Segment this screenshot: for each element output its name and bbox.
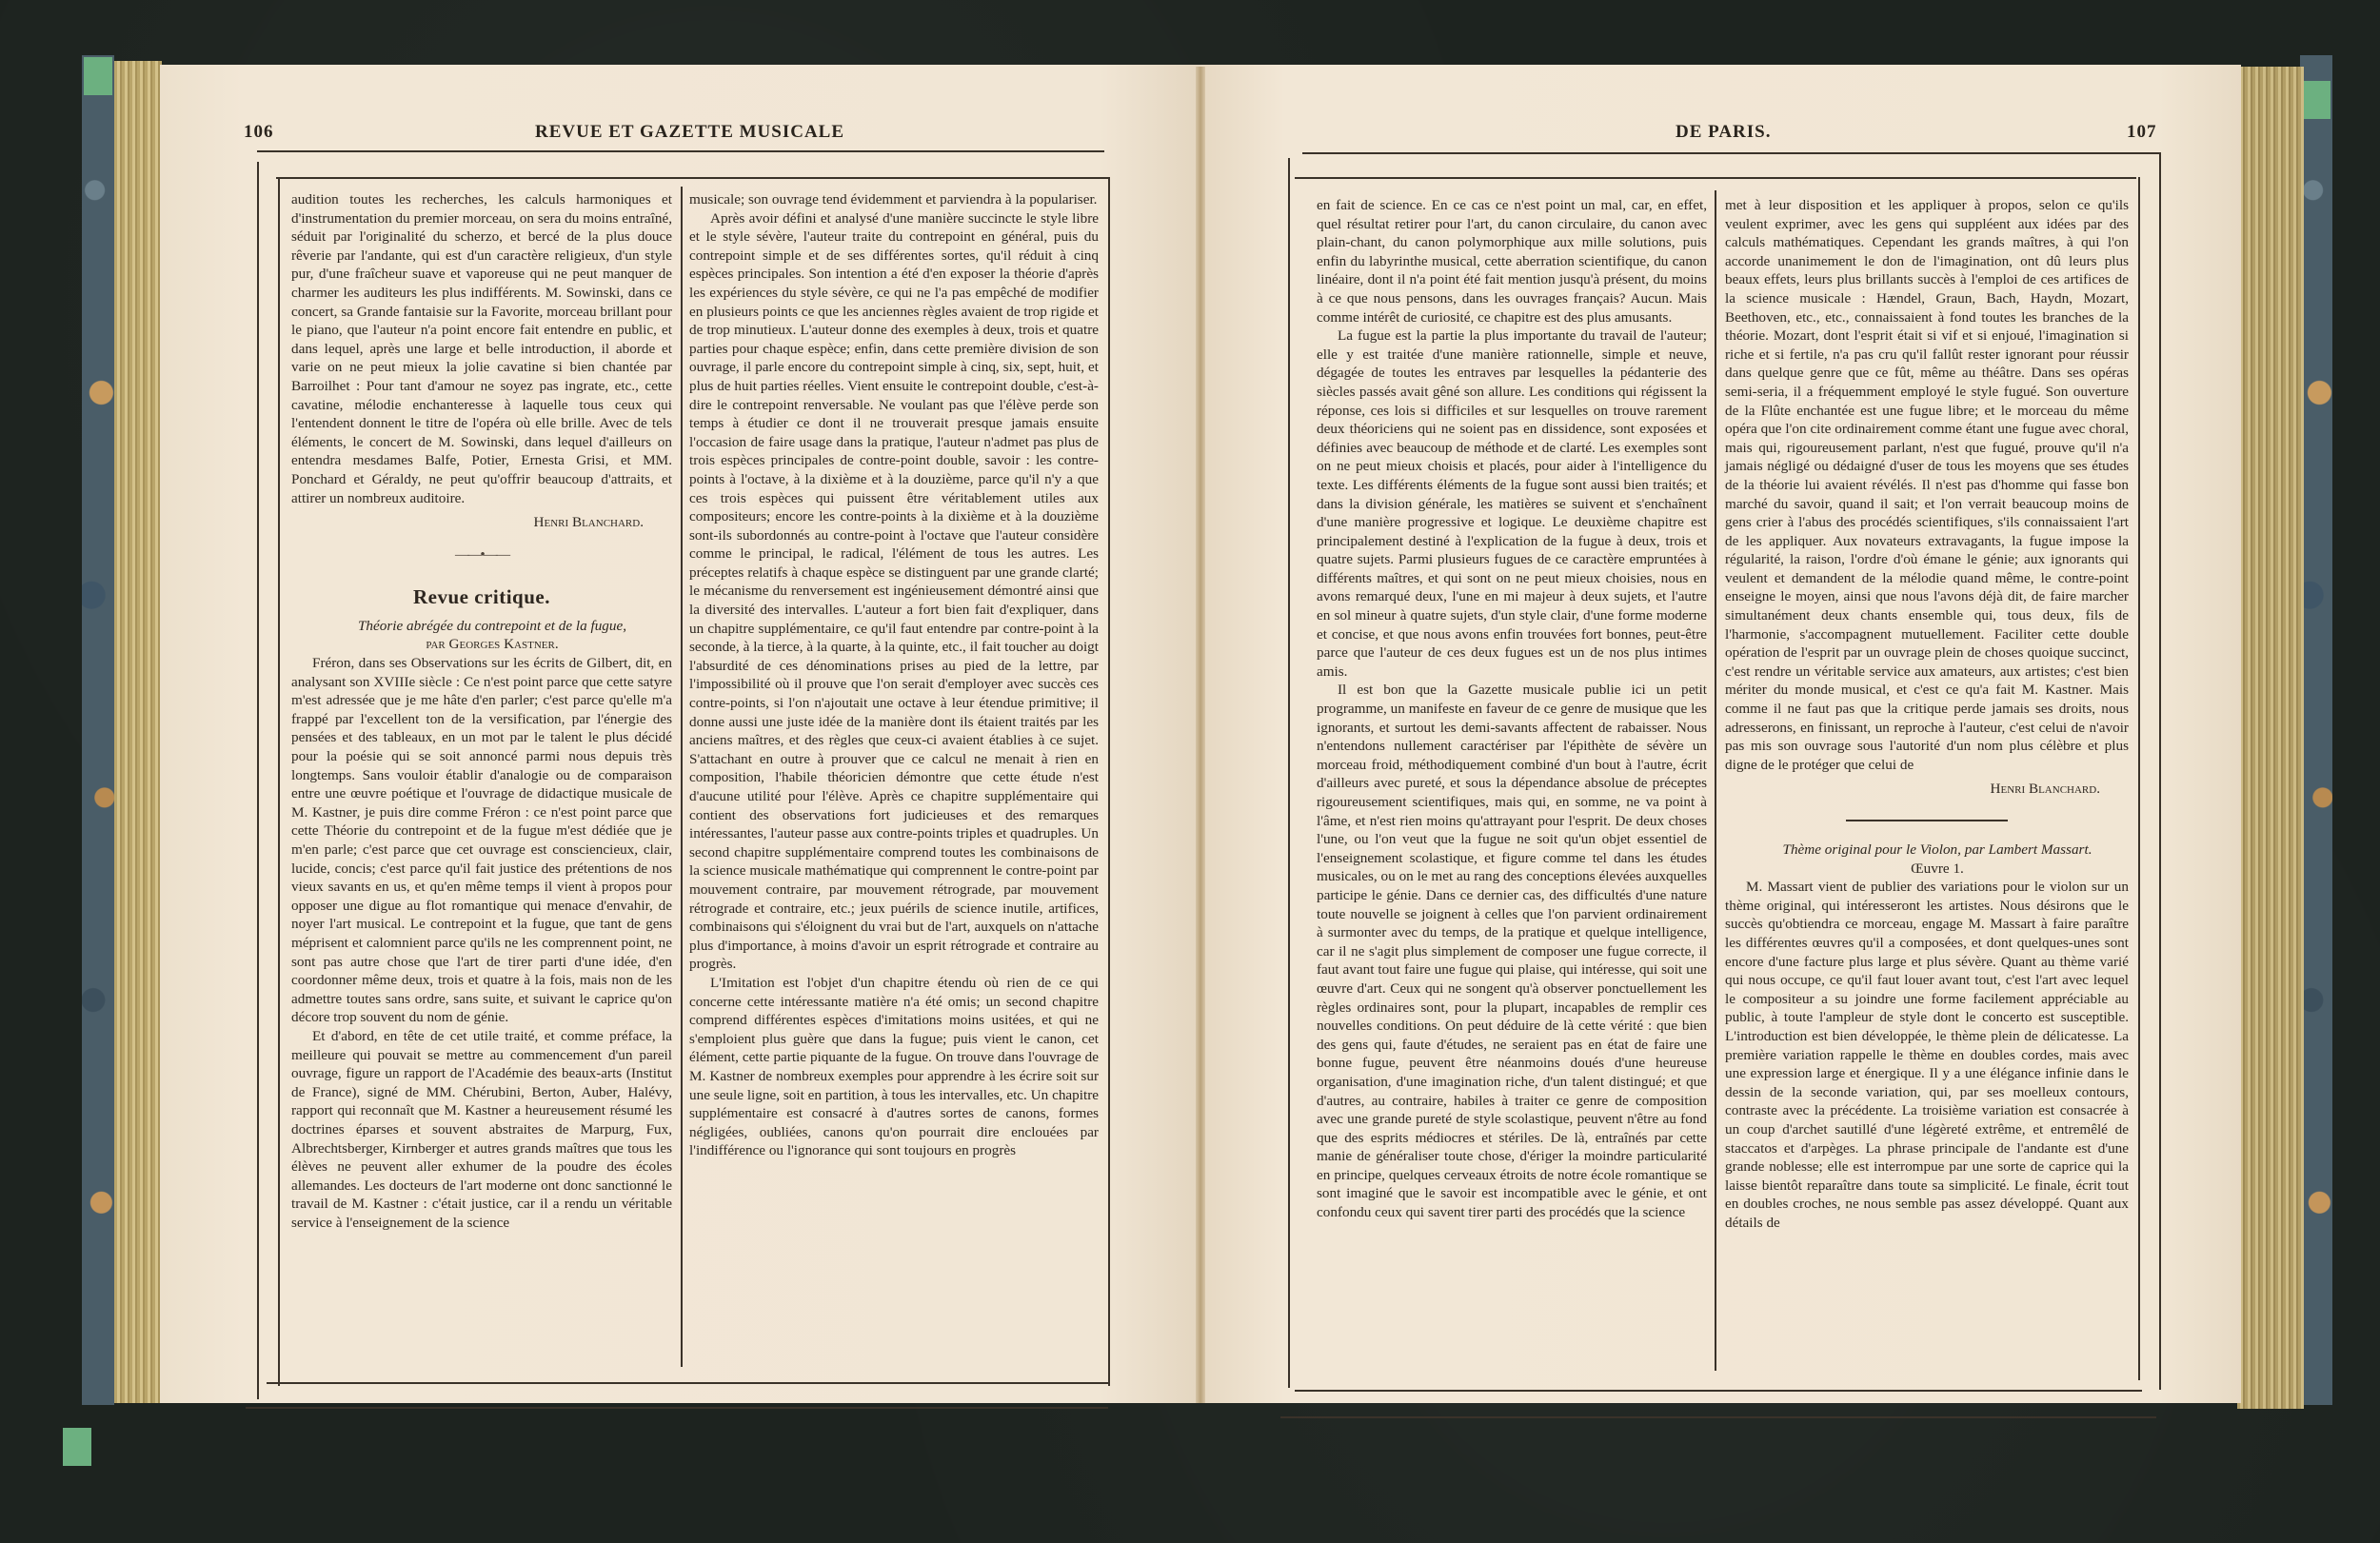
left-page-column-1: audition toutes les recherches, les calc… — [291, 190, 672, 1232]
running-header-right: DE PARIS. — [1676, 122, 1772, 143]
frame-bottom-right — [1295, 1390, 2142, 1392]
header-rule-left — [257, 150, 1104, 152]
green-corner-bottom-left — [63, 1428, 91, 1466]
header-rule-right — [1302, 152, 2159, 154]
review-title: Thème original pour le Violon, par Lambe… — [1725, 841, 2129, 860]
left-page-column-2: musicale; son ouvrage tend évidemment et… — [689, 190, 1099, 1160]
marbled-cover-right — [2300, 55, 2332, 1405]
running-header-left: REVUE ET GAZETTE MUSICALE — [535, 122, 844, 143]
footer-rule-right — [1280, 1416, 2156, 1418]
paragraph: Fréron, dans ses Observations sur les éc… — [291, 654, 672, 1027]
paragraph: M. Massart vient de publier des variatio… — [1725, 878, 2129, 1232]
paragraph: Il est bon que la Gazette musicale publi… — [1317, 681, 1707, 1221]
paragraph: met à leur disposition et les appliquer … — [1725, 196, 2129, 774]
paragraph: audition toutes les recherches, les calc… — [291, 190, 672, 507]
frame-top-right — [1295, 177, 2136, 179]
book-gutter — [1196, 67, 1205, 1403]
frame-top-left — [276, 177, 1110, 179]
section-title: Revue critique. — [291, 588, 672, 607]
page-number-right: 107 — [2127, 122, 2157, 143]
signature: Henri Blanchard. — [1725, 780, 2100, 799]
frame-right-left — [1108, 177, 1110, 1386]
frame-outer-left — [257, 162, 259, 1399]
marbled-cover-left — [82, 55, 114, 1405]
column-divider-right — [1715, 190, 1716, 1371]
book-author: par Georges Kastner. — [291, 635, 672, 654]
section-divider — [1846, 820, 2008, 821]
paragraph: Après avoir défini et analysé d'une mani… — [689, 209, 1099, 974]
ornament-divider: ——•—— — [291, 545, 672, 564]
column-divider-left — [681, 187, 683, 1367]
opus-number: Œuvre 1. — [1725, 860, 2129, 879]
green-corner-top-right — [2302, 81, 2330, 119]
page-number-left: 106 — [244, 122, 274, 143]
paragraph: L'Imitation est l'objet d'un chapitre ét… — [689, 974, 1099, 1160]
frame-bottom-left — [267, 1382, 1110, 1384]
frame-outer-right — [2159, 152, 2161, 1390]
paragraph: en fait de science. En ce cas ce n'est p… — [1317, 196, 1707, 326]
signature: Henri Blanchard. — [291, 513, 644, 532]
frame-inner-right — [2138, 177, 2140, 1380]
frame-inner-left — [278, 177, 280, 1386]
paragraph: Et d'abord, en tête de cet utile traité,… — [291, 1027, 672, 1233]
page-edges-left — [114, 61, 162, 1403]
footer-rule-left — [246, 1407, 1108, 1409]
page-edges-right — [2237, 67, 2304, 1409]
right-page-column-2: met à leur disposition et les appliquer … — [1725, 196, 2129, 1232]
frame-outer-right-left — [1288, 158, 1290, 1388]
paragraph: musicale; son ouvrage tend évidemment et… — [689, 190, 1099, 209]
right-page-column-1: en fait de science. En ce cas ce n'est p… — [1317, 196, 1707, 1222]
green-corner-top-left — [84, 57, 112, 95]
paragraph: La fugue est la partie la plus important… — [1317, 326, 1707, 681]
book-title: Théorie abrégée du contrepoint et de la … — [291, 617, 672, 636]
